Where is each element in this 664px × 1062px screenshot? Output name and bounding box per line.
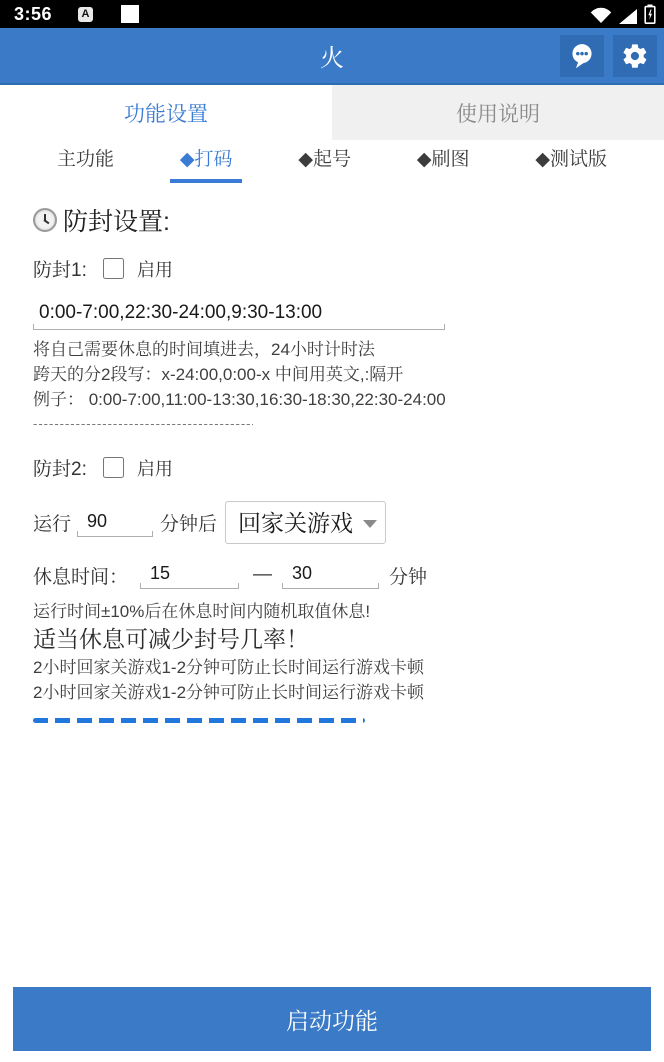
anti-ban-2-enable-label: 启用 [137, 455, 173, 481]
subtab-qihao[interactable]: ◆起号 [288, 140, 361, 179]
tab-function-settings[interactable]: 功能设置 [0, 85, 332, 140]
anti-ban-2-checkbox[interactable] [103, 457, 124, 478]
help-line-emphasis: 适当休息可减少封号几率！ [33, 624, 644, 655]
help-line: 运行时间±10%后在休息时间内随机取值休息! [33, 599, 644, 624]
after-minutes-label: 分钟后 [160, 509, 217, 536]
anti-ban-2-help: 运行时间±10%后在休息时间内随机取值休息! 适当休息可减少封号几率！ 2小时回… [33, 599, 644, 705]
help-line: 2小时回家关游戏1-2分钟可防止长时间运行游戏卡顿 [33, 655, 644, 680]
rest-min-wrap [140, 561, 239, 589]
battery-charging-icon [644, 4, 656, 24]
top-tabs: 功能设置 使用说明 [0, 85, 664, 140]
subtab-test-version[interactable]: ◆测试版 [525, 140, 617, 179]
app-screen: 3:56 A 火 [0, 0, 664, 1062]
anti-ban-1-checkbox[interactable] [103, 258, 124, 279]
start-function-button[interactable]: 启动功能 [13, 987, 651, 1051]
subtab-shuatu[interactable]: ◆刷图 [407, 140, 480, 179]
rest-range-row: 休息时间： — 分钟 [33, 561, 644, 589]
rest-time-label: 休息时间： [33, 562, 128, 589]
chat-bubble-icon [568, 42, 596, 70]
anti-ban-heading-row: 防封设置: [33, 202, 644, 238]
blue-dashed-separator [33, 718, 365, 723]
status-right-icons [590, 4, 656, 24]
action-dropdown[interactable]: 回家关游戏 [225, 501, 386, 544]
rest-min-input[interactable] [140, 561, 239, 588]
anti-ban-heading: 防封设置: [63, 202, 170, 238]
tab-instructions[interactable]: 使用说明 [332, 85, 664, 140]
appbar-actions [560, 35, 657, 77]
square-icon [121, 5, 139, 23]
help-line: 例子： 0:00-7:00,11:00-13:30,16:30-18:30,22… [33, 387, 644, 412]
run-duration-row: 运行 分钟后 回家关游戏 [33, 501, 644, 544]
rest-max-wrap [282, 561, 379, 589]
help-line: 跨天的分2段写：x-24:00,0:00-x 中间用英文,:隔开 [33, 362, 644, 387]
rest-max-input[interactable] [282, 561, 379, 588]
gear-icon [621, 42, 649, 70]
run-minutes-input[interactable] [77, 509, 153, 536]
help-line: 将自己需要休息的时间填进去，24小时计时法 [33, 337, 644, 362]
clock-icon [33, 208, 57, 232]
run-label: 运行 [33, 509, 71, 536]
subtabs: 主功能 ◆打码 ◆起号 ◆刷图 ◆测试版 [0, 140, 664, 180]
minutes-label: 分钟 [389, 562, 427, 589]
subtab-dama[interactable]: ◆打码 [170, 140, 243, 183]
rest-times-input[interactable] [33, 298, 445, 329]
run-minutes-wrap [77, 509, 153, 537]
range-dash: — [253, 564, 272, 586]
anti-ban-1-help: 将自己需要休息的时间填进去，24小时计时法 跨天的分2段写：x-24:00,0:… [33, 337, 644, 433]
status-time: 3:56 [14, 4, 52, 25]
chat-button[interactable] [560, 35, 604, 77]
dashed-divider: ----------------------------------------… [33, 415, 253, 433]
anti-ban-1-row: 防封1: 启用 [33, 255, 644, 282]
anti-ban-2-row: 防封2: 启用 [33, 454, 644, 481]
content-panel: 防封设置: 防封1: 启用 将自己需要休息的时间填进去，24小时计时法 跨天的分… [0, 180, 664, 723]
subtab-main-function[interactable]: 主功能 [47, 140, 124, 179]
rest-times-input-wrap [33, 298, 445, 330]
anti-ban-2-label: 防封2: [33, 454, 87, 481]
status-bar: 3:56 A [0, 0, 664, 28]
wifi-icon [590, 6, 612, 24]
anti-ban-1-label: 防封1: [33, 255, 87, 282]
input-a-icon: A [78, 7, 93, 22]
action-dropdown-value: 回家关游戏 [238, 505, 353, 538]
chevron-down-icon [363, 520, 377, 528]
anti-ban-1-enable-label: 启用 [137, 256, 173, 282]
signal-icon [619, 9, 637, 24]
help-line: 2小时回家关游戏1-2分钟可防止长时间运行游戏卡顿 [33, 680, 644, 705]
settings-button[interactable] [613, 35, 657, 77]
app-bar: 火 [0, 28, 664, 85]
